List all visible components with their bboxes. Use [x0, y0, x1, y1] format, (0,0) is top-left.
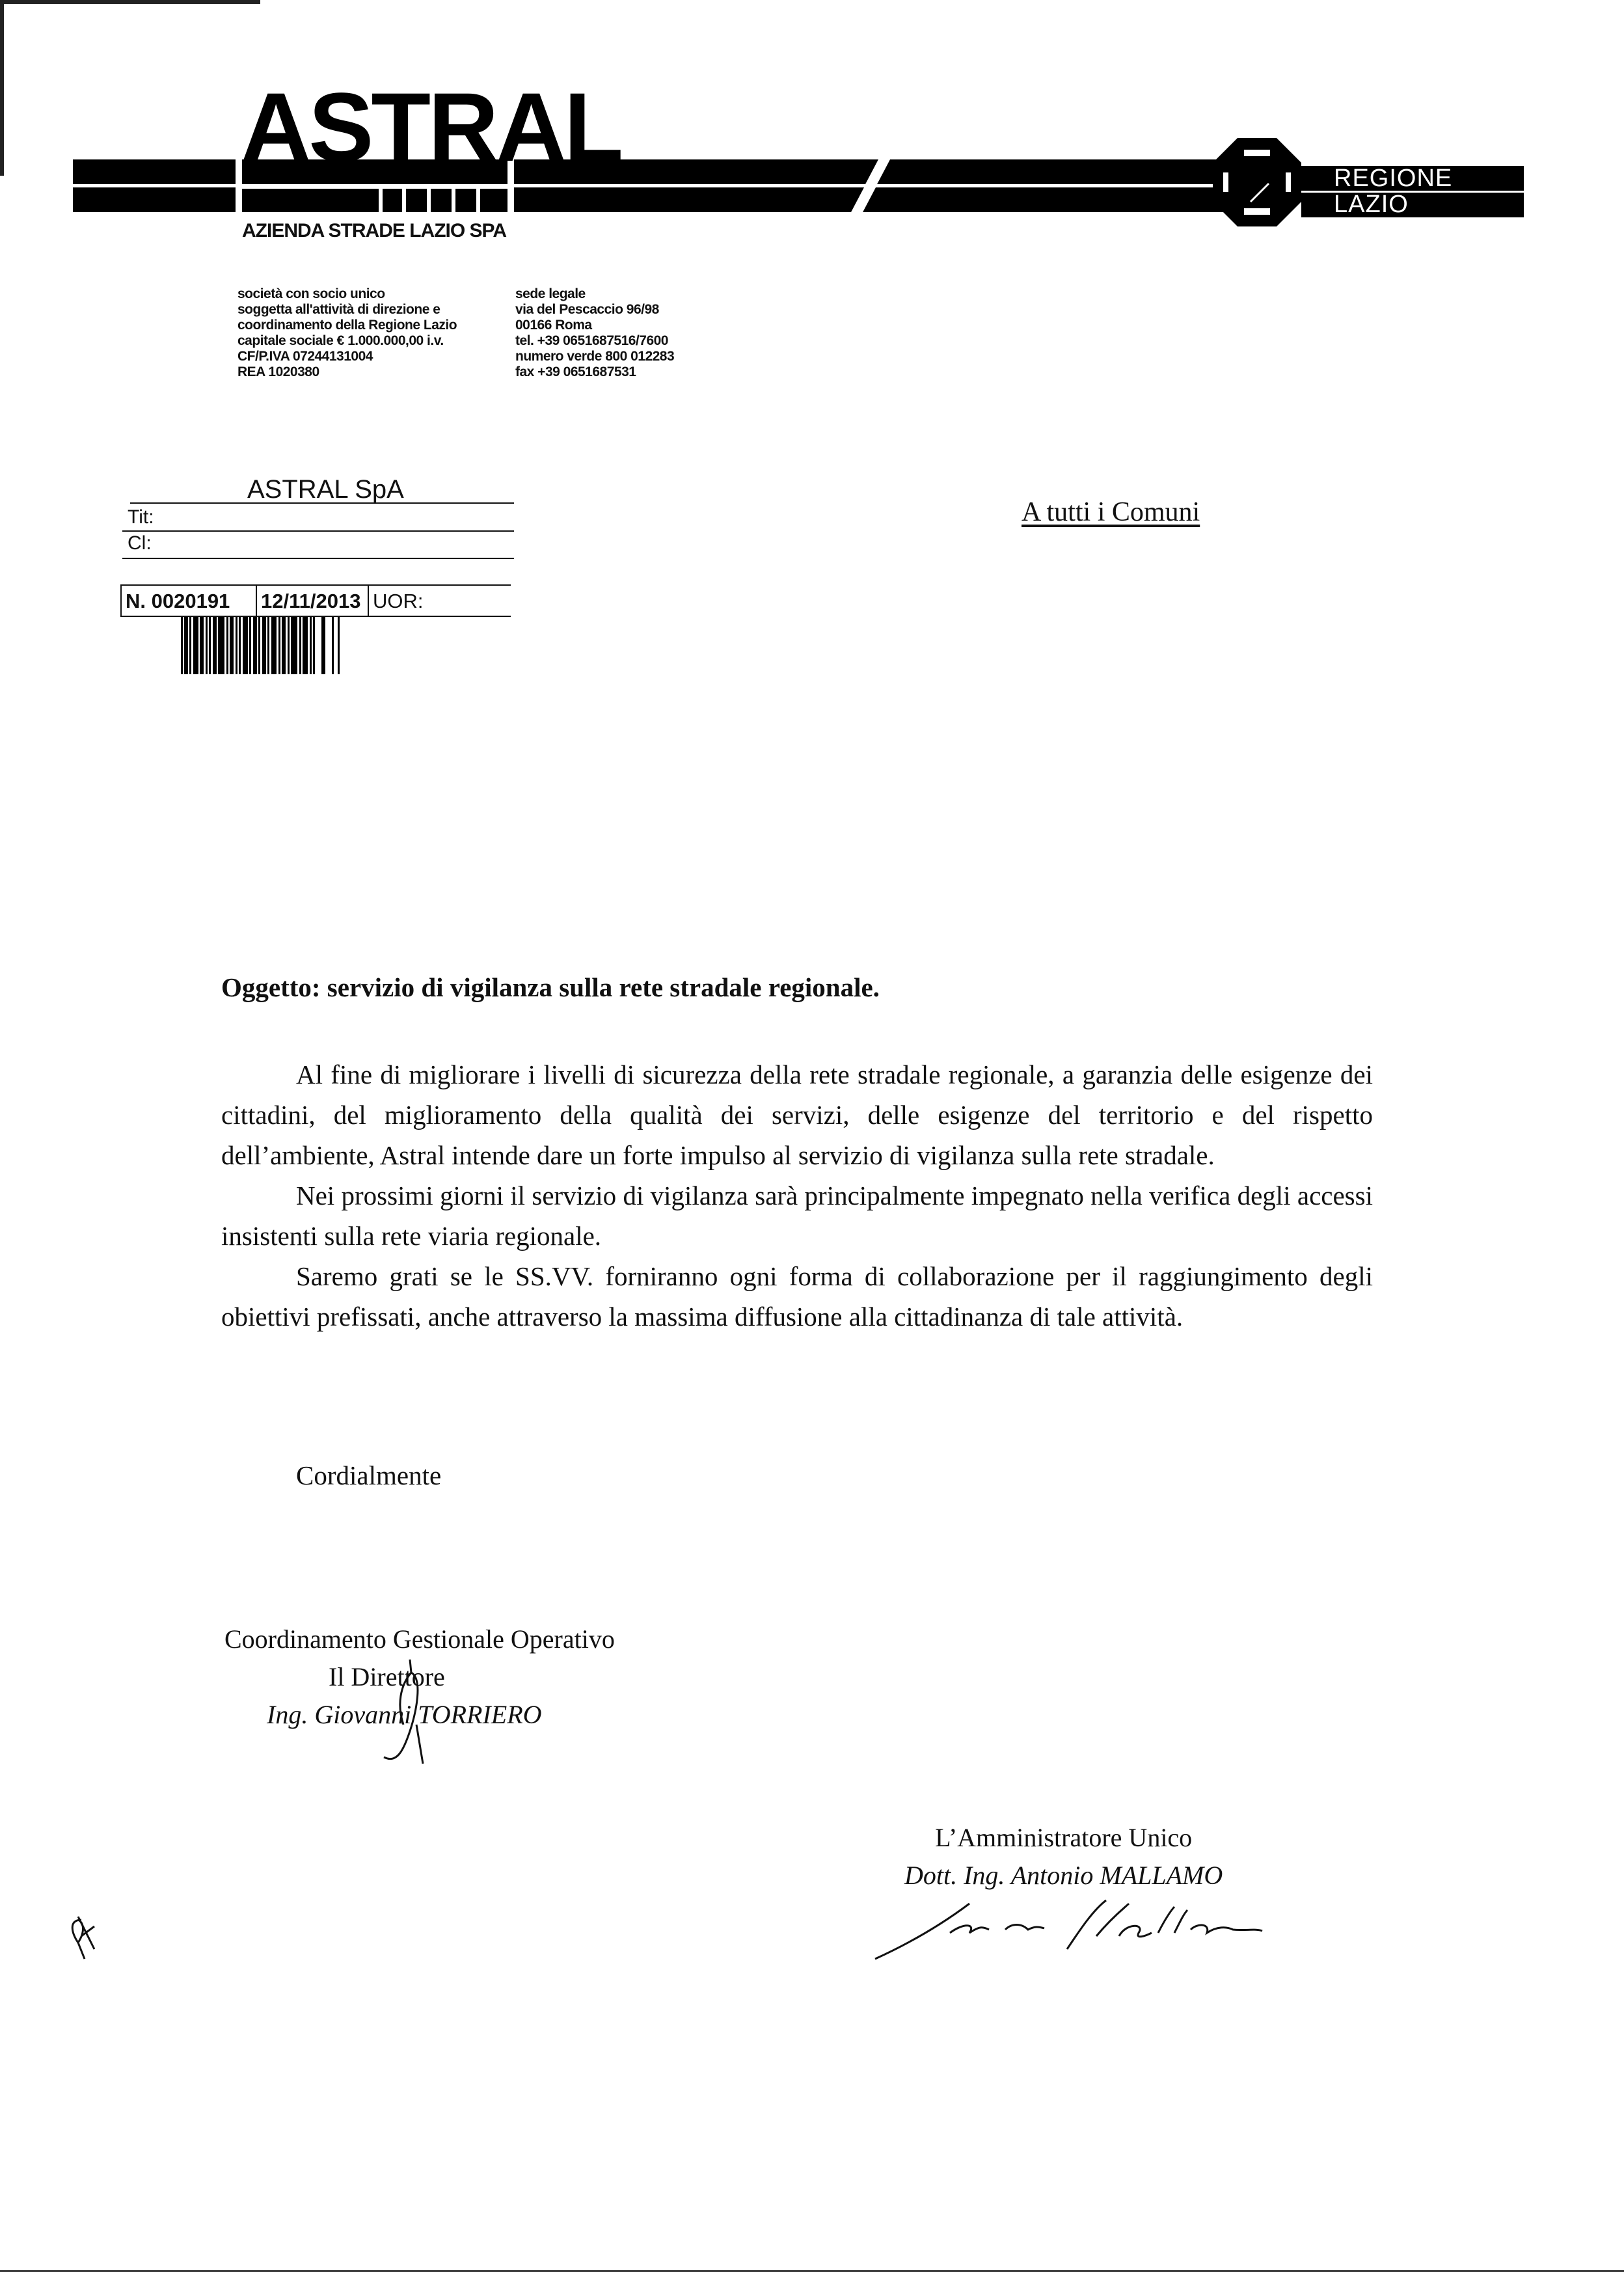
closing: Cordialmente	[296, 1460, 441, 1491]
company-info-line: CF/P.IVA 07244131004	[237, 349, 457, 364]
letter-body: Al fine di migliorare i livelli di sicur…	[221, 1054, 1373, 1337]
stamp-line	[122, 558, 514, 559]
letterhead-bar	[73, 187, 236, 212]
company-name: AZIENDA STRADE LAZIO SPA	[242, 220, 506, 242]
protocol-uor-label: UOR:	[368, 584, 511, 617]
recipient: A tutti i Comuni	[1022, 497, 1200, 528]
letterhead-bar	[73, 159, 236, 184]
protocol-number: N. 0020191	[120, 584, 256, 617]
letterhead-road-bar	[514, 159, 1236, 213]
region-name-line2: LAZIO	[1334, 191, 1409, 217]
stamp-cl-label: Cl:	[128, 532, 152, 554]
company-info-line: soggetta all'attività di direzione e	[237, 302, 457, 318]
letterhead-bar	[383, 189, 402, 212]
address-line: via del Pescaccio 96/98	[515, 302, 674, 318]
company-info-line: capitale sociale € 1.000.000,00 i.v.	[237, 333, 457, 349]
company-info: società con socio unico soggetta all'att…	[237, 286, 457, 380]
letterhead-bar	[480, 189, 507, 212]
address-line: sede legale	[515, 286, 674, 302]
body-paragraph: Nei prossimi giorni il servizio di vigil…	[221, 1175, 1373, 1256]
protocol-box: N. 0020191 12/11/2013 UOR:	[120, 584, 511, 617]
letterhead-bar	[431, 189, 452, 212]
stamp-line	[122, 530, 514, 532]
signatory-2-role: L’Amministratore Unico	[904, 1819, 1223, 1857]
body-paragraph: Al fine di migliorare i livelli di sicur…	[221, 1054, 1373, 1175]
stamp-title: ASTRAL SpA	[247, 475, 404, 504]
handwritten-initials-icon	[65, 1913, 111, 1965]
stamp-tit-label: Tit:	[128, 506, 154, 528]
address-line: 00166 Roma	[515, 318, 674, 333]
signatory-2: L’Amministratore Unico Dott. Ing. Antoni…	[904, 1819, 1223, 1894]
address-line: fax +39 0651687531	[515, 364, 674, 380]
address-line: numero verde 800 012283	[515, 349, 674, 364]
region-name-line1: REGIONE	[1334, 165, 1452, 191]
scan-edge-bottom	[0, 2270, 1624, 2272]
address-line: tel. +39 0651687516/7600	[515, 333, 674, 349]
letterhead-bar	[242, 189, 379, 212]
letterhead-bar	[406, 189, 427, 212]
letterhead-bar	[242, 159, 507, 184]
protocol-date: 12/11/2013	[256, 584, 368, 617]
legal-address: sede legale via del Pescaccio 96/98 0016…	[515, 286, 674, 380]
regione-lazio-emblem-icon	[1211, 137, 1303, 228]
company-info-line: REA 1020380	[237, 364, 457, 380]
signature-2-icon	[872, 1897, 1288, 1969]
scan-edge-left	[0, 0, 4, 176]
stamp-line	[130, 502, 514, 504]
subject-line: Oggetto: servizio di vigilanza sulla ret…	[221, 972, 880, 1003]
signatory-2-name: Dott. Ing. Antonio MALLAMO	[904, 1857, 1223, 1894]
body-paragraph: Saremo grati se le SS.VV. forniranno ogn…	[221, 1256, 1373, 1337]
company-info-line: società con socio unico	[237, 286, 457, 302]
company-info-line: coordinamento della Regione Lazio	[237, 318, 457, 333]
signature-1-icon	[364, 1653, 442, 1770]
scan-edge-top	[0, 0, 260, 4]
letterhead-bar	[455, 189, 476, 212]
barcode	[181, 617, 467, 674]
